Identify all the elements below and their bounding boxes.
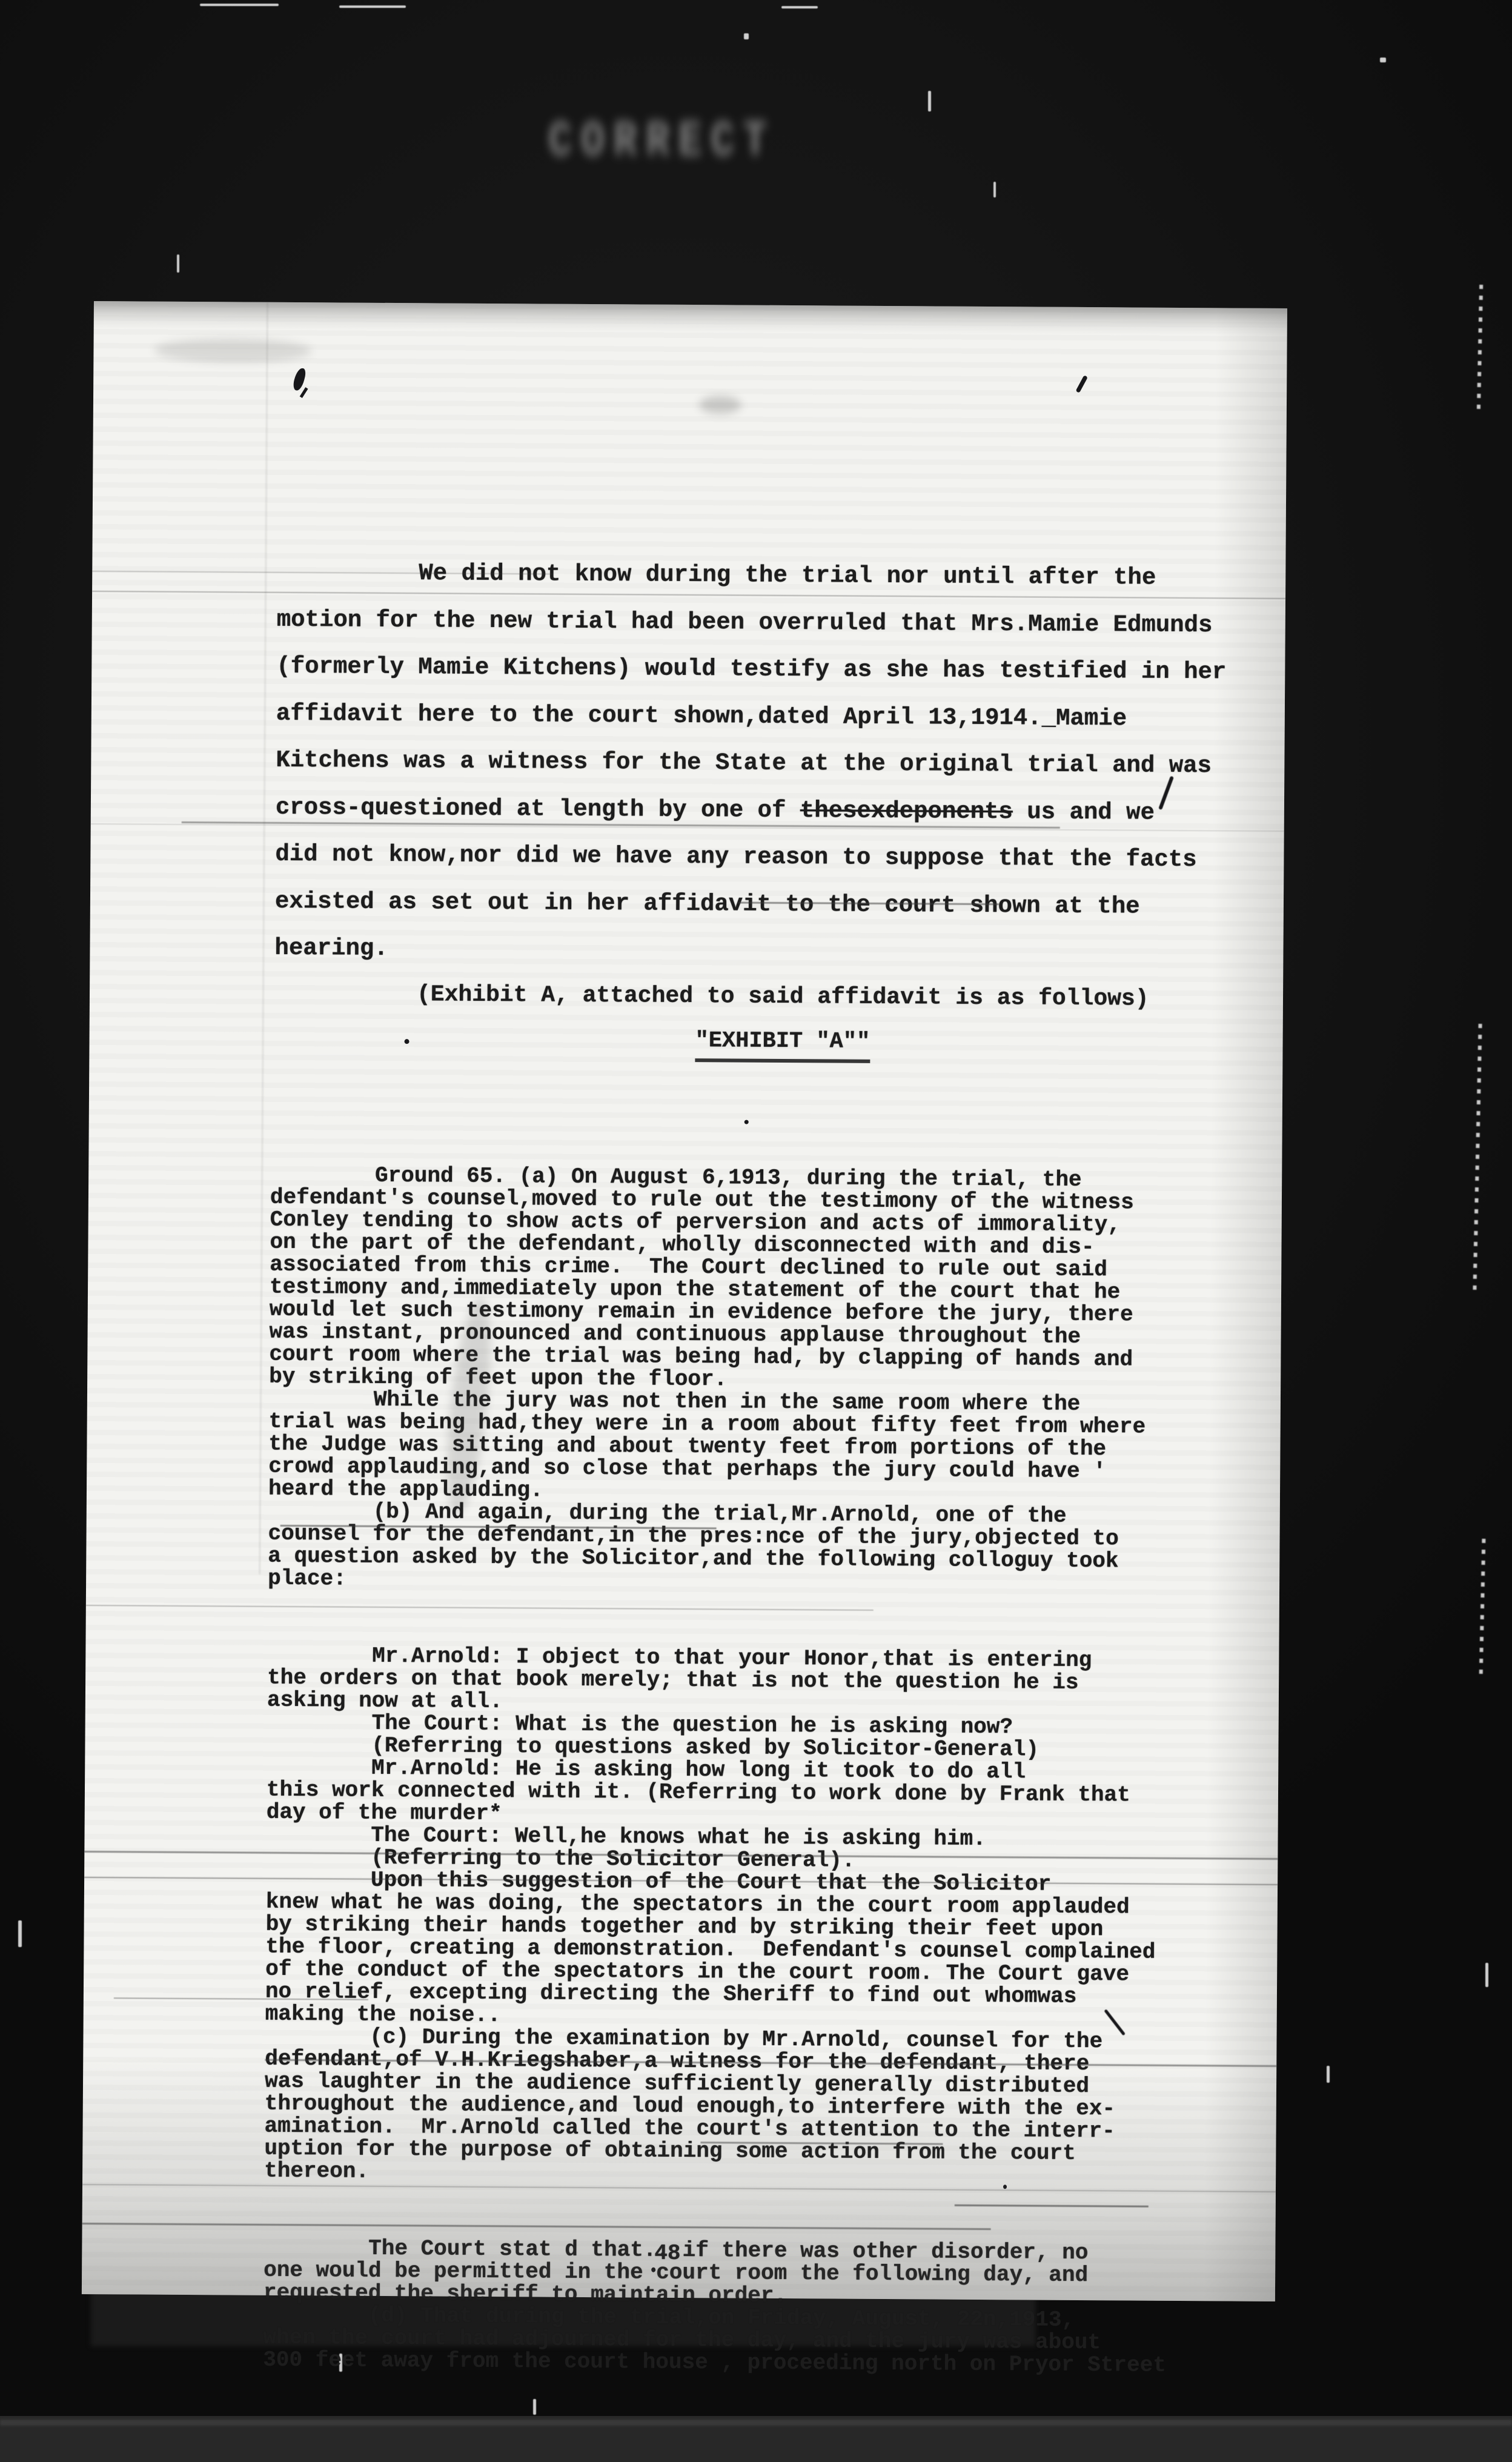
film-speck (339, 5, 406, 8)
film-speck (177, 254, 179, 273)
ink-speck (405, 1039, 409, 1044)
opening-paragraph: We did not know during the trial nor unt… (274, 549, 1295, 978)
document-page: We did not know during the trial nor unt… (82, 301, 1287, 2301)
film-speck (781, 6, 818, 8)
film-speck (1327, 2066, 1330, 2083)
film-speck (1485, 1963, 1488, 1987)
ink-speck (744, 1120, 749, 1124)
closing-paragraph: The Court stat d that.. if there was oth… (263, 2237, 1281, 2377)
film-edge-streak (1477, 285, 1483, 412)
film-edge-streak (1473, 1024, 1482, 1290)
ink-speck (651, 2268, 655, 2272)
film-speck (1380, 58, 1386, 62)
colloquy-paragraph: Mr.Arnold: I object to that your Honor,t… (264, 1644, 1285, 2188)
film-speck (18, 1920, 22, 1947)
fold-line (259, 302, 268, 1574)
film-speck (200, 4, 279, 6)
film-edge-streak (1479, 1539, 1486, 1678)
film-bottom-band-highlight (0, 2420, 1512, 2426)
exhibit-attachment-line: (Exhibit A, attached to said affidavit i… (417, 980, 1265, 1015)
film-speck (928, 91, 931, 111)
ink-speck (337, 2108, 342, 2114)
exhibit-a-heading: "EXHIBIT "A"" (695, 1027, 870, 1063)
ink-mark (1075, 375, 1087, 393)
opening-paragraph-text: We did not know during the trial nor unt… (276, 559, 1227, 824)
smudge (154, 338, 311, 363)
ground-65-paragraph: Ground 65. (a) On August 6,1913, during … (268, 1164, 1288, 1596)
strikethrough-text: thesexdeponents (800, 797, 1013, 825)
film-speck (744, 33, 749, 39)
ink-mark (300, 387, 308, 398)
ink-speck (1003, 2185, 1007, 2189)
microfilm-frame: { "film": { "ghost_stamp": "CORRECT" }, … (0, 0, 1512, 2462)
ghost-stamp: CORRECT (548, 113, 863, 170)
smudge (699, 396, 741, 414)
film-speck (993, 182, 996, 197)
page-number: 48 (654, 2241, 680, 2266)
